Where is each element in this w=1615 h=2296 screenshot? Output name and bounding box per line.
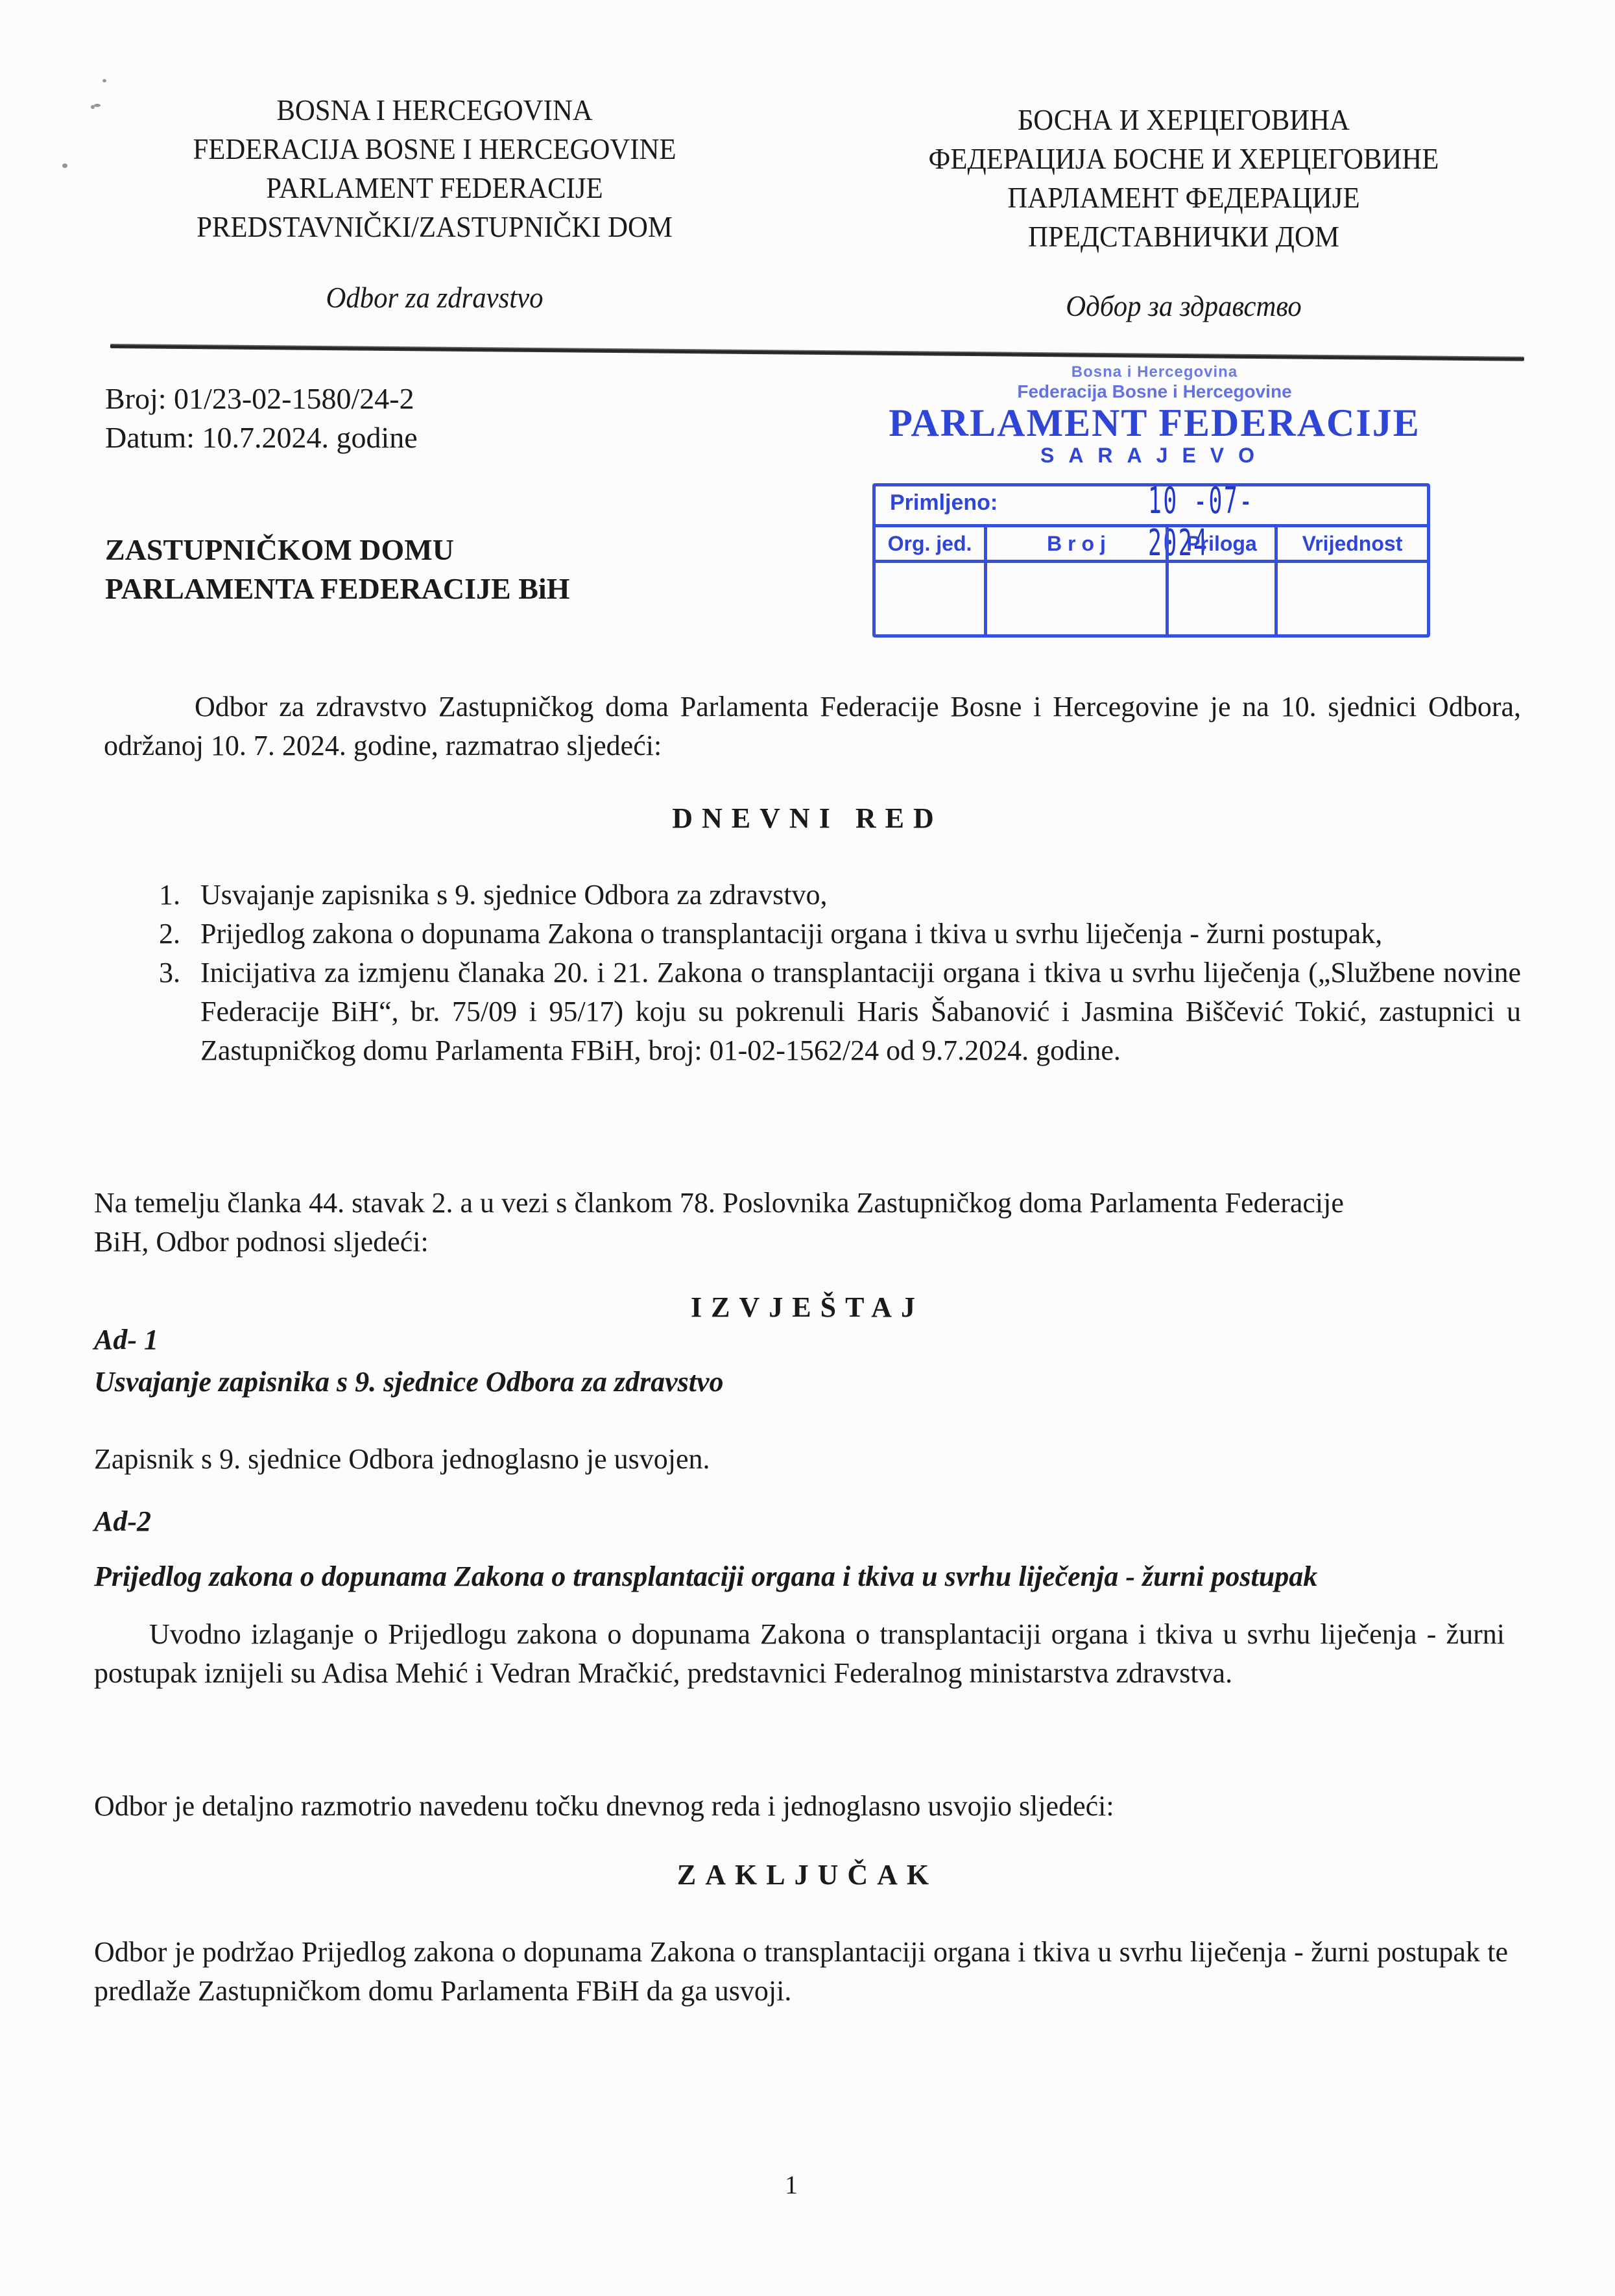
legal-basis-paragraph: Na temelju članka 44. stavak 2. a u vezi… [94,1184,1391,1262]
header-right-line: ФЕДЕРАЦИЈА БОСНЕ И ХЕРЦЕГОВИНЕ [885,139,1483,178]
header-left-line: BOSNA I HERCEGOVINA [145,91,724,130]
ad2-intro-paragraph: Uvodno izlaganje o Prijedlogu zakona o d… [94,1615,1505,1693]
agenda-item-number: 2. [159,915,180,953]
page-number: 1 [0,2170,1583,2200]
document-meta: Broj: 01/23-02-1580/24-2 Datum: 10.7.202… [105,379,418,457]
stamp-federation: Federacija Bosne i Hercegovine [869,381,1440,402]
intro-paragraph: Odbor za zdravstvo Zastupničkog doma Par… [104,688,1521,765]
header-left-line: FEDERACIJA BOSNE I HERCEGOVINE [145,130,724,169]
agenda-item-text: Prijedlog zakona o dopunama Zakona o tra… [200,918,1382,950]
document-date: Datum: 10.7.2024. godine [105,418,418,457]
header-right-line: БОСНА И ХЕРЦЕГОВИНА [885,101,1483,139]
ad1-heading: Usvajanje zapisnika s 9. sjednice Odbora… [94,1365,723,1398]
stamp-city: SARAJEVO [869,444,1440,468]
addressee: ZASTUPNIČKOM DOMU PARLAMENTA FEDERACIJE … [105,531,569,608]
received-stamp: Bosna i Hercegovina Federacija Bosne i H… [869,363,1440,468]
stamp-cell-empty [1169,563,1278,634]
addressee-line: PARLAMENTA FEDERACIJE BiH [105,569,569,608]
agenda-item-number: 1. [159,876,180,915]
stamp-col-value: Vrijednost [1278,527,1427,560]
stamp-cell-empty [876,563,987,634]
header-right-committee: Одбор за здравство [885,289,1483,323]
header-left-line: PREDSTAVNIČKI/ZASTUPNIČKI DOM [145,208,724,246]
stamp-blank-row [876,563,1427,634]
header-right-line: ПРЕДСТАВНИЧКИ ДОМ [885,217,1483,256]
agenda-item: 1.Usvajanje zapisnika s 9. sjednice Odbo… [159,876,1521,915]
stamp-col-number: B r o j [987,527,1169,560]
stamp-received-label: Primljeno: [890,490,998,516]
header-right-line: ПАРЛАМЕНТ ФЕДЕРАЦИЈЕ [885,178,1483,217]
ad2-label: Ad-2 [94,1505,151,1538]
ad1-text: Zapisnik s 9. sjednice Odbora jednoglasn… [94,1440,710,1479]
agenda-item-text: Inicijativa za izmjenu članaka 20. i 21.… [200,957,1521,1066]
stamp-col-org-unit: Org. jed. [876,527,987,560]
addressee-line: ZASTUPNIČKOM DOMU [105,531,569,569]
stamp-cell-empty [987,563,1169,634]
stamp-header-row: Org. jed. B r o j Priloga Vrijednost [876,527,1427,563]
ad1-label: Ad- 1 [94,1323,158,1356]
agenda-item: 2.Prijedlog zakona o dopunama Zakona o t… [159,915,1521,953]
ad2-heading: Prijedlog zakona o dopunama Zakona o tra… [94,1560,1317,1593]
agenda-item-text: Usvajanje zapisnika s 9. sjednice Odbora… [200,879,827,911]
header-left: BOSNA I HERCEGOVINA FEDERACIJA BOSNE I H… [123,91,746,315]
stamp-register-box: Primljeno: 10 -07- 2024 Org. jed. B r o … [872,483,1430,638]
report-title: IZVJEŠTAJ [0,1291,1615,1324]
conclusion-paragraph: Odbor je podržao Prijedlog zakona o dopu… [94,1933,1508,2011]
agenda-item-number: 3. [159,953,180,992]
reference-number: Broj: 01/23-02-1580/24-2 [105,379,418,418]
header-left-committee: Odbor za zdravstvo [145,280,724,315]
header-right: БОСНА И ХЕРЦЕГОВИНА ФЕДЕРАЦИЈА БОСНЕ И Х… [863,101,1505,323]
header-divider [110,344,1524,361]
stamp-parliament: PARLAMENT FEDERACIJE [869,402,1440,444]
stamp-cell-empty [1278,563,1427,634]
conclusion-title: ZAKLJUČAK [0,1858,1615,1891]
agenda-item: 3.Inicijativa za izmjenu članaka 20. i 2… [159,953,1521,1070]
ad2-discussion: Odbor je detaljno razmotrio navedenu toč… [94,1787,1114,1826]
header-left-line: PARLAMENT FEDERACIJE [145,169,724,208]
stamp-col-attachments: Priloga [1169,527,1278,560]
agenda-title: DNEVNI RED [0,802,1615,835]
stamp-received-row: Primljeno: 10 -07- 2024 [876,486,1427,527]
agenda-list: 1.Usvajanje zapisnika s 9. sjednice Odbo… [159,876,1521,1070]
stamp-country: Bosna i Hercegovina [869,363,1440,381]
